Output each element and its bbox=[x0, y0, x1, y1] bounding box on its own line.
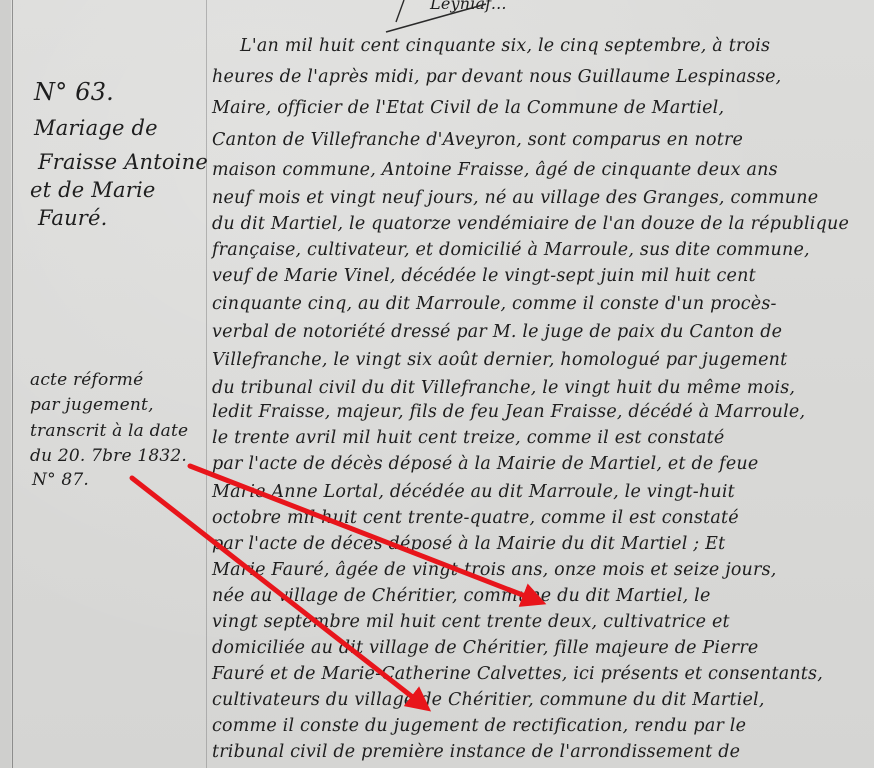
body-line: Villefranche, le vingt six août dernier,… bbox=[212, 350, 787, 370]
body-line: française, cultivateur, et domicilié à M… bbox=[212, 240, 810, 260]
previous-page-edge bbox=[0, 0, 11, 768]
body-line: du tribunal civil du dit Villefranche, l… bbox=[212, 378, 795, 398]
body-line: veuf de Marie Vinel, décédée le vingt-se… bbox=[212, 266, 756, 286]
body-line: heures de l'après midi, par devant nous … bbox=[212, 67, 781, 87]
body-line: par l'acte de décès déposé à la Mairie d… bbox=[212, 534, 725, 554]
body-line: cultivateurs du village de Chéritier, co… bbox=[212, 690, 765, 710]
body-line: du dit Martiel, le quatorze vendémiaire … bbox=[212, 214, 849, 234]
margin-note-line: N° 87. bbox=[32, 470, 89, 490]
margin-note-line: acte réformé bbox=[30, 370, 143, 390]
margin-note-line: par jugement, bbox=[30, 395, 154, 415]
body-line: neuf mois et vingt neuf jours, né au vil… bbox=[212, 188, 818, 208]
body-line: verbal de notoriété dressé par M. le jug… bbox=[212, 322, 782, 342]
body-line: Maire, officier de l'Etat Civil de la Co… bbox=[212, 98, 724, 118]
body-line: cinquante cinq, au dit Marroule, comme i… bbox=[212, 294, 777, 314]
record-body: L'an mil huit cent cinquante six, le cin… bbox=[200, 0, 874, 768]
body-line: née au village de Chéritier, commune du … bbox=[212, 586, 711, 606]
body-line: octobre mil huit cent trente-quatre, com… bbox=[212, 508, 739, 528]
body-line: le trente avril mil huit cent treize, co… bbox=[212, 428, 724, 448]
body-line: L'an mil huit cent cinquante six, le cin… bbox=[240, 36, 770, 56]
binding-rule bbox=[12, 0, 13, 768]
body-line: Canton de Villefranche d'Aveyron, sont c… bbox=[212, 130, 743, 150]
register-page: N° 63. Mariage de Fraisse Antoine et de … bbox=[0, 0, 874, 768]
margin-title-line: Mariage de bbox=[34, 116, 158, 140]
body-line: comme il conste du jugement de rectifica… bbox=[212, 716, 746, 736]
entry-number: N° 63. bbox=[34, 78, 114, 106]
margin-title-line: Fauré. bbox=[38, 206, 108, 230]
body-line: Marie Fauré, âgée de vingt-trois ans, on… bbox=[212, 560, 777, 580]
body-line: maison commune, Antoine Fraisse, âgé de … bbox=[212, 160, 778, 180]
margin-note-line: transcrit à la date bbox=[30, 421, 188, 441]
margin-note-line: du 20. 7bre 1832. bbox=[30, 446, 187, 466]
body-line: Fauré et de Marie-Catherine Calvettes, i… bbox=[212, 664, 823, 684]
margin-title-line: Fraisse Antoine bbox=[38, 150, 208, 174]
margin-title-line: et de Marie bbox=[30, 178, 156, 202]
body-line: ledit Fraisse, majeur, fils de feu Jean … bbox=[212, 402, 805, 422]
body-line: Marie Anne Lortal, décédée au dit Marrou… bbox=[212, 482, 735, 502]
body-line: tribunal civil de première instance de l… bbox=[212, 742, 740, 762]
body-line: domiciliée au dit village de Chéritier, … bbox=[212, 638, 758, 658]
body-line: vingt septembre mil huit cent trente deu… bbox=[212, 612, 730, 632]
body-line: par l'acte de décès déposé à la Mairie d… bbox=[212, 454, 758, 474]
